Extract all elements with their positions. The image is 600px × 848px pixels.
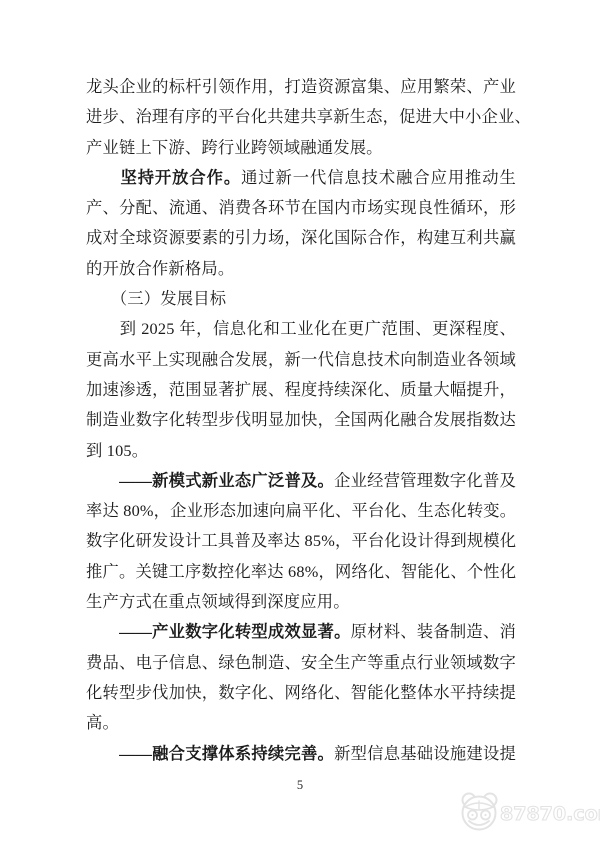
text-line: ——新模式新业态广泛普及。企业经营管理数字化普及 <box>86 466 516 496</box>
text-line: ——融合支撑体系持续完善。新型信息基础设施建设提 <box>86 739 516 769</box>
text-run: 的开放合作新格局。 <box>86 259 234 278</box>
text-run: 到 105。 <box>86 441 148 460</box>
text-run <box>86 471 119 490</box>
text-run: 高。 <box>86 713 119 732</box>
text-line: 到 2025 年，信息化和工业化在更广范围、更深程度、 <box>86 314 516 344</box>
text-run <box>86 622 119 641</box>
text-line: 推广。关键工序数控化率达 68%，网络化、智能化、个性化 <box>86 557 516 587</box>
text-line: 进步、治理有序的平台化共建共享新生态，促进大中小企业、 <box>86 102 516 132</box>
text-run: 生产方式在重点领域得到深度应用。 <box>86 592 350 611</box>
text-line: 生产方式在重点领域得到深度应用。 <box>86 587 516 617</box>
text-run <box>86 168 120 187</box>
text-line: 率达 80%，企业形态加速向扁平化、平台化、生态化转变。 <box>86 496 516 526</box>
bold-text-run: ——融合支撑体系持续完善。 <box>119 744 334 763</box>
text-run: 率达 80%，企业形态加速向扁平化、平台化、生态化转变。 <box>86 501 516 520</box>
text-run: 加速渗透，范围显著扩展、程度持续深化、质量大幅提升， <box>86 380 516 399</box>
text-run: （三）发展目标 <box>86 289 226 308</box>
text-line: 高。 <box>86 708 516 738</box>
bold-text-run: ——产业数字化转型成效显著。 <box>119 622 351 641</box>
text-line: 坚持开放合作。通过新一代信息技术融合应用推动生 <box>86 163 516 193</box>
bold-text-run: ——新模式新业态广泛普及。 <box>119 471 334 490</box>
text-run: 产业链上下游、跨行业跨领域融通发展。 <box>86 138 383 157</box>
text-run: 推广。关键工序数控化率达 68%，网络化、智能化、个性化 <box>86 562 516 581</box>
text-run <box>86 744 119 763</box>
text-run: 费品、电子信息、绿色制造、安全生产等重点行业领域数字 <box>86 653 516 672</box>
text-line: 到 105。 <box>86 436 516 466</box>
text-line: 成对全球资源要素的引力场，深化国际合作，构建互利共赢 <box>86 223 516 253</box>
text-line: ——产业数字化转型成效显著。原材料、装备制造、消 <box>86 617 516 647</box>
document-text-block: 龙头企业的标杆引领作用，打造资源富集、应用繁荣、产业进步、治理有序的平台化共建共… <box>86 72 516 769</box>
text-line: 制造业数字化转型步伐明显加快，全国两化融合发展指数达 <box>86 405 516 435</box>
text-line: 数字化研发设计工具普及率达 85%，平台化设计得到规模化 <box>86 526 516 556</box>
text-run: 原材料、装备制造、消 <box>351 622 516 641</box>
panda-logo-icon: 87870.com <box>452 790 600 848</box>
text-line: 的开放合作新格局。 <box>86 254 516 284</box>
watermark: 87870.com <box>452 790 600 848</box>
text-run: 进步、治理有序的平台化共建共享新生态，促进大中小企业、 <box>86 107 531 126</box>
text-line: 费品、电子信息、绿色制造、安全生产等重点行业领域数字 <box>86 648 516 678</box>
watermark-text: 87870.com <box>500 803 600 825</box>
text-run: 制造业数字化转型步伐明显加快，全国两化融合发展指数达 <box>86 410 516 429</box>
text-line: （三）发展目标 <box>86 284 516 314</box>
text-line: 化转型步伐加快，数字化、网络化、智能化整体水平持续提 <box>86 678 516 708</box>
bold-text-run: 坚持开放合作。 <box>120 168 241 187</box>
text-run: 龙头企业的标杆引领作用，打造资源富集、应用繁荣、产业 <box>86 77 516 96</box>
text-run: 通过新一代信息技术融合应用推动生 <box>241 168 516 187</box>
document-page: 龙头企业的标杆引领作用，打造资源富集、应用繁荣、产业进步、治理有序的平台化共建共… <box>0 0 600 848</box>
text-run: 产、分配、流通、消费各环节在国内市场实现良性循环，形 <box>86 198 516 217</box>
text-run: 数字化研发设计工具普及率达 85%，平台化设计得到规模化 <box>86 531 516 550</box>
text-line: 产业链上下游、跨行业跨领域融通发展。 <box>86 133 516 163</box>
text-run: 新型信息基础设施建设提 <box>334 744 516 763</box>
text-run: 企业经营管理数字化普及 <box>334 471 516 490</box>
text-line: 产、分配、流通、消费各环节在国内市场实现良性循环，形 <box>86 193 516 223</box>
text-run: 到 2025 年，信息化和工业化在更广范围、更深程度、 <box>86 319 516 338</box>
text-run: 化转型步伐加快，数字化、网络化、智能化整体水平持续提 <box>86 683 516 702</box>
text-line: 更高水平上实现融合发展，新一代信息技术向制造业各领域 <box>86 345 516 375</box>
text-line: 龙头企业的标杆引领作用，打造资源富集、应用繁荣、产业 <box>86 72 516 102</box>
text-run: 更高水平上实现融合发展，新一代信息技术向制造业各领域 <box>86 350 516 369</box>
text-run: 成对全球资源要素的引力场，深化国际合作，构建互利共赢 <box>86 228 516 247</box>
text-line: 加速渗透，范围显著扩展、程度持续深化、质量大幅提升， <box>86 375 516 405</box>
